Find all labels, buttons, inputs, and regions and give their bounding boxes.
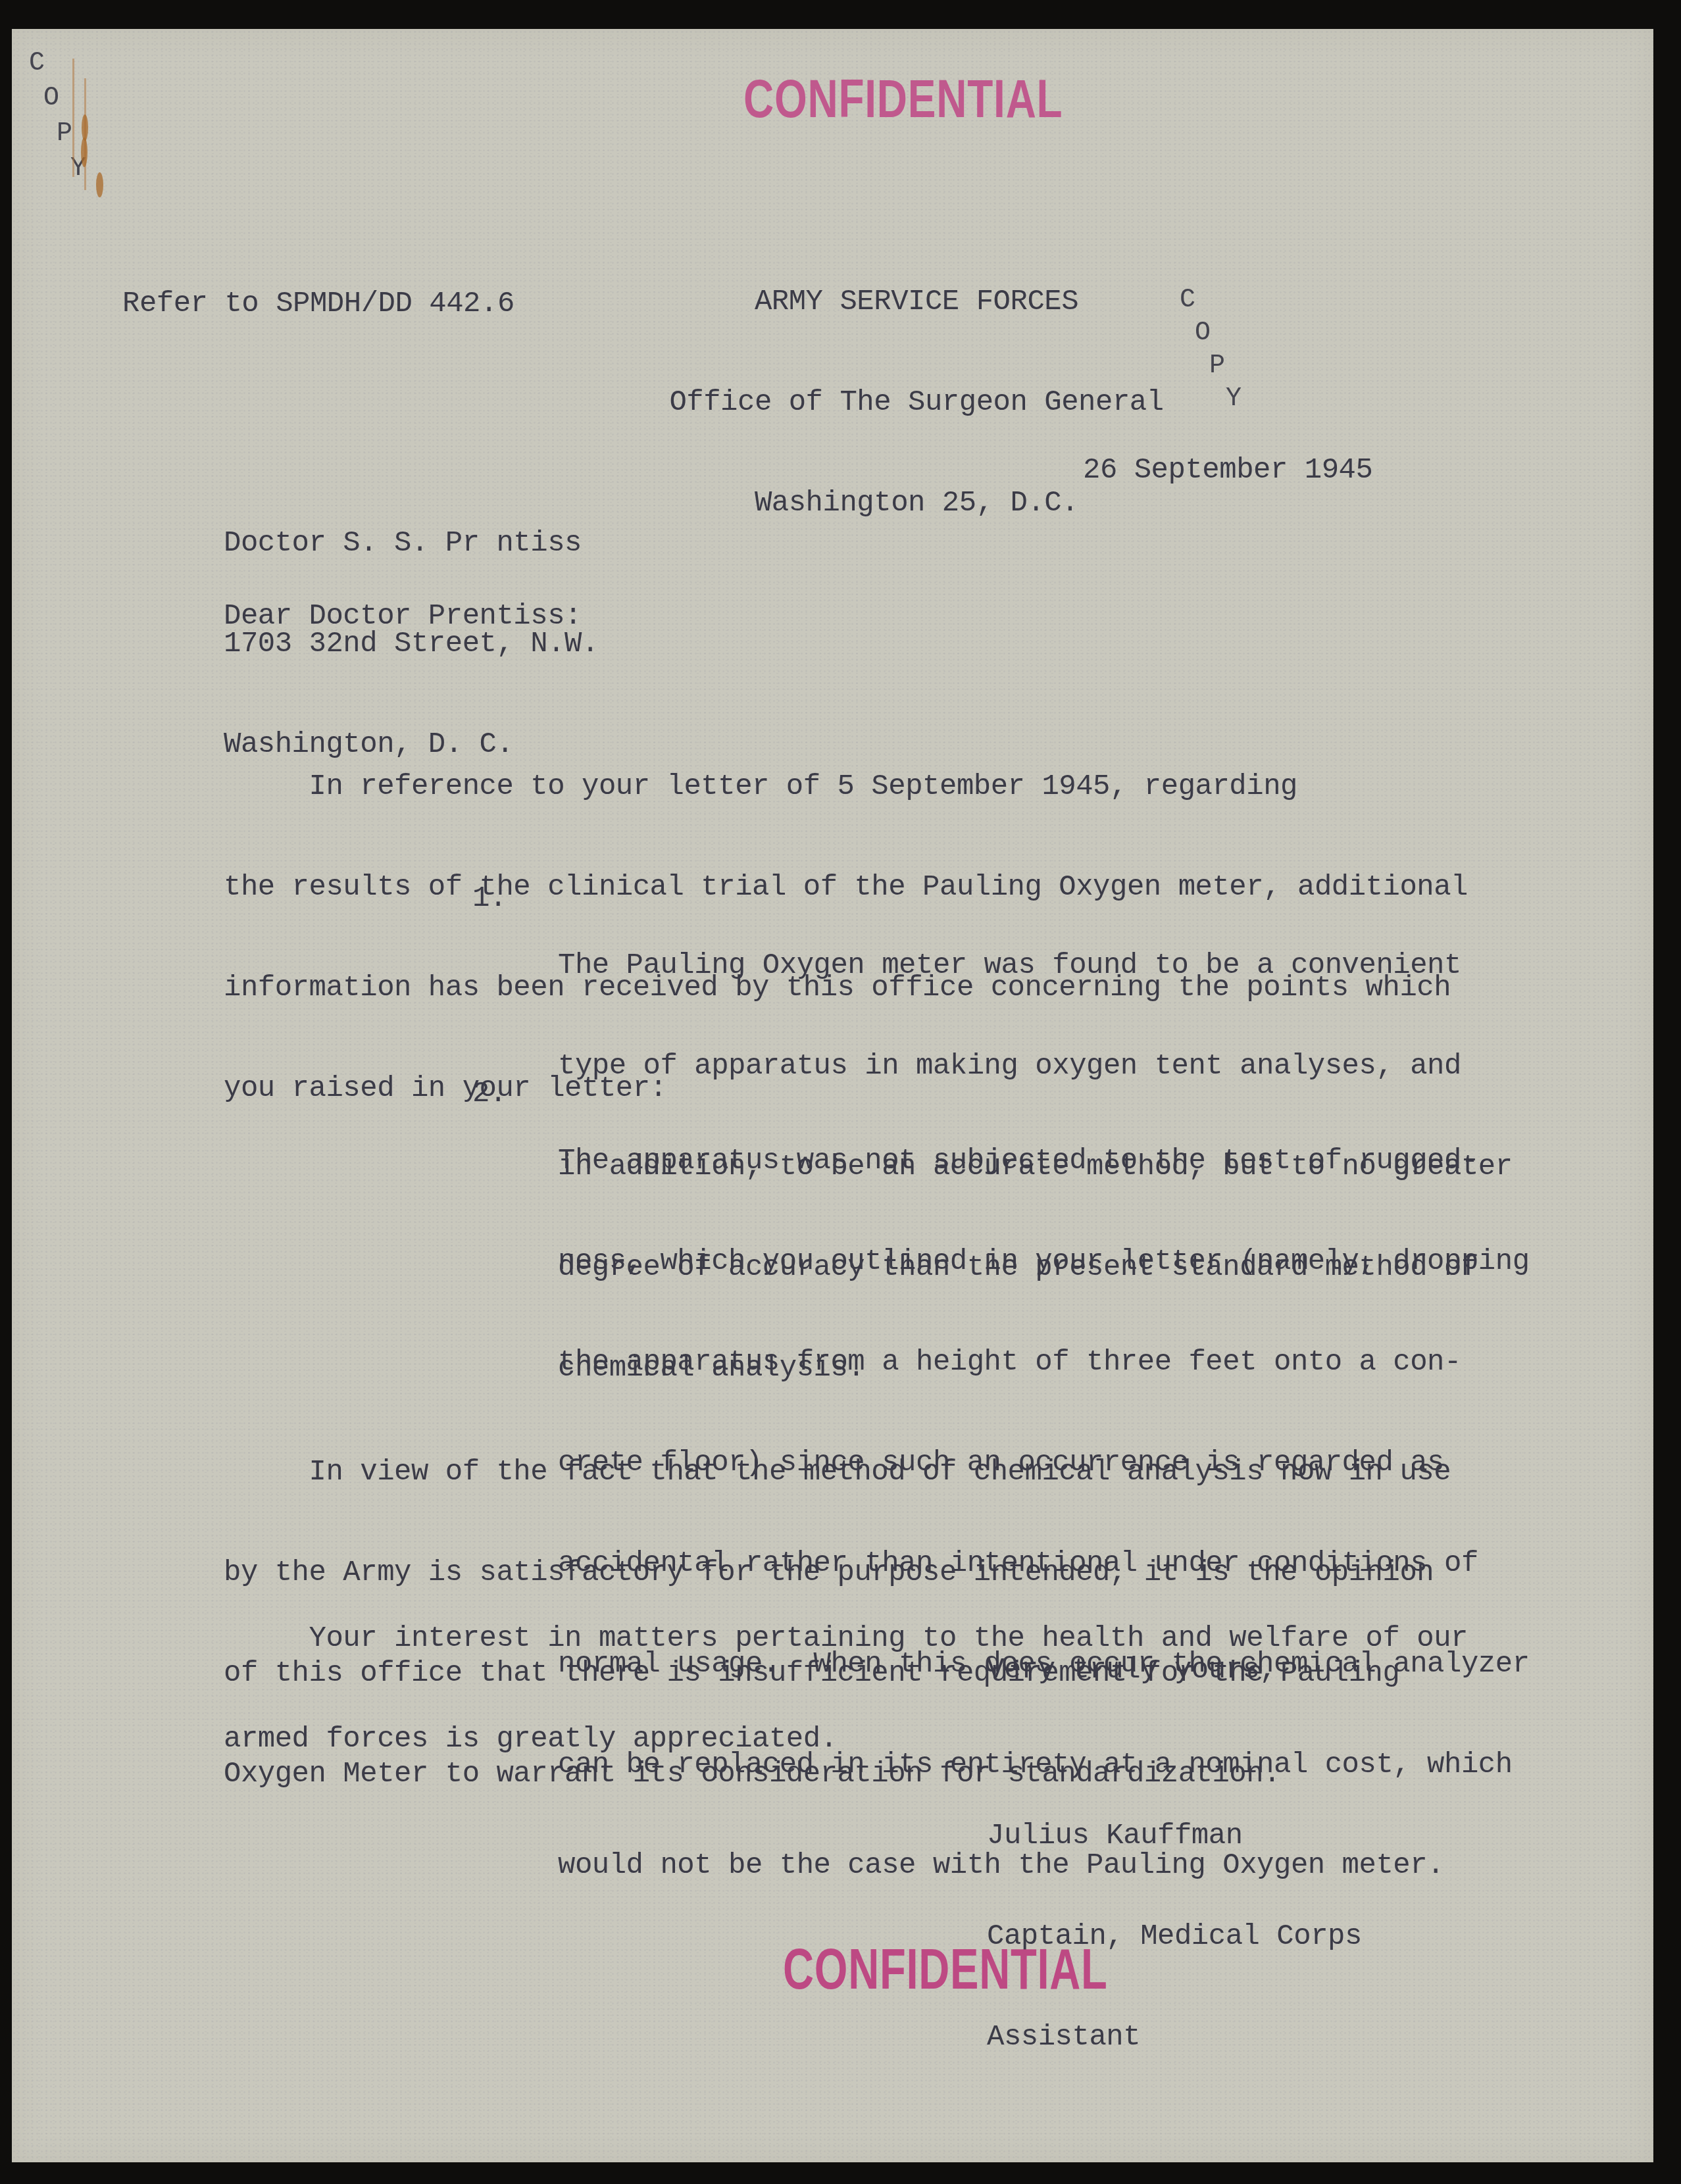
- letterhead-office: Office of The Surgeon General: [620, 386, 1213, 420]
- rust-stain: [72, 59, 74, 177]
- letterhead-address: Washington 25, D.C.: [620, 487, 1213, 520]
- letterhead-org: ARMY SERVICE FORCES: [620, 285, 1213, 319]
- signer-role: Assistant: [987, 2021, 1362, 2054]
- letter-page: CONFIDENTIAL C O P Y Refer to SPMDH/DD 4…: [12, 29, 1653, 2162]
- item-line: the apparatus from a height of three fee…: [558, 1346, 1479, 1379]
- copy-letter: C: [1180, 285, 1195, 315]
- letterhead: ARMY SERVICE FORCES Office of The Surgeo…: [620, 218, 1213, 587]
- copy-letter: P: [1209, 351, 1225, 381]
- copy-letter: P: [57, 119, 72, 149]
- copy-letter: Y: [1226, 384, 1242, 414]
- item-line: The Pauling Oxygen meter was found to be…: [558, 949, 1479, 983]
- paragraph-line: Your interest in matters pertaining to t…: [224, 1622, 1474, 1656]
- rust-stain: [81, 137, 88, 167]
- recipient-name: Doctor S. S. Pr ntiss: [224, 527, 599, 560]
- copy-letter: C: [29, 49, 45, 78]
- paragraph-line: armed forces is greatly appreciated.: [224, 1723, 1474, 1756]
- item-number: 1.: [472, 882, 507, 916]
- reference-number: Refer to SPMDH/DD 442.6: [122, 287, 514, 321]
- paragraph-line: In view of the fact that the method of c…: [224, 1456, 1474, 1489]
- item-line: ness, which you outlined in your letter …: [558, 1245, 1479, 1279]
- confidential-stamp-bottom: CONFIDENTIAL: [783, 1935, 1108, 2002]
- salutation: Dear Doctor Prentiss:: [224, 600, 582, 633]
- item-number: 2.: [472, 1078, 507, 1111]
- copy-letter: O: [43, 84, 59, 113]
- confidential-stamp-top: CONFIDENTIAL: [743, 68, 1063, 130]
- copy-letter: O: [1195, 318, 1211, 348]
- rust-stain: [96, 172, 103, 197]
- paragraph-line: In reference to your letter of 5 Septemb…: [224, 770, 1474, 804]
- letter-date: 26 September 1945: [1083, 454, 1372, 487]
- complimentary-close: Very truly yours,: [987, 1654, 1276, 1687]
- signer-name: Julius Kauffman: [987, 1820, 1362, 1853]
- item-line: The apparatus was not subjected to the t…: [558, 1145, 1479, 1178]
- rust-stain: [82, 114, 88, 141]
